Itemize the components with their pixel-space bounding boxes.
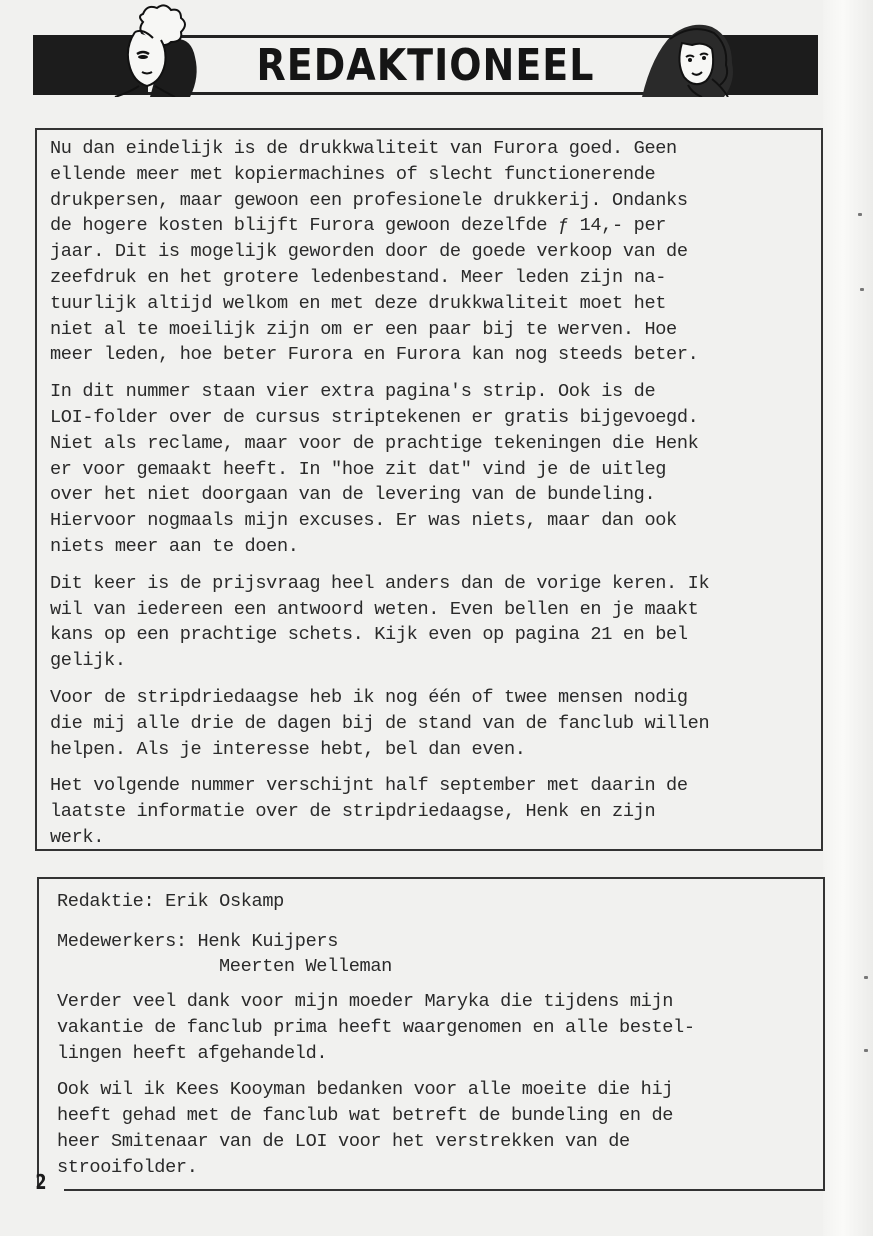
paragraph: Nu dan eindelijk is de drukkwaliteit van… <box>50 136 699 368</box>
woman-with-flower-illustration <box>95 2 210 97</box>
text-line: Ook wil ik Kees Kooyman bedanken voor al… <box>57 1077 673 1103</box>
text-line: Het volgende nummer verschijnt half sept… <box>50 773 688 799</box>
text-line: zeefdruk en het grotere ledenbestand. Me… <box>50 265 699 291</box>
editor-name: Erik Oskamp <box>165 891 284 912</box>
contributors-label: Medewerkers: <box>57 931 187 952</box>
text-line: werk. <box>50 825 688 851</box>
text-line: heeft gehad met de fanclub wat betreft d… <box>57 1103 673 1129</box>
paragraph: Dit keer is de prijsvraag heel anders da… <box>50 571 709 674</box>
bottom-rule <box>64 1189 825 1191</box>
text-line: Dit keer is de prijsvraag heel anders da… <box>50 571 709 597</box>
print-speck <box>860 288 864 291</box>
banner-bottom-rule <box>148 92 713 95</box>
contributor-name: Henk Kuijpers <box>198 931 339 952</box>
text-line: niets meer aan te doen. <box>50 534 699 560</box>
text-line: heer Smitenaar van de LOI voor het verst… <box>57 1129 673 1155</box>
text-line: die mij alle drie de dagen bij de stand … <box>50 711 709 737</box>
text-line: Nu dan eindelijk is de drukkwaliteit van… <box>50 136 699 162</box>
text-line: In dit nummer staan vier extra pagina's … <box>50 379 699 405</box>
text-line: Niet als reclame, maar voor de prachtige… <box>50 431 699 457</box>
text-line: drukpersen, maar gewoon een profesionele… <box>50 188 699 214</box>
text-line: er voor gemaakt heeft. In "hoe zit dat" … <box>50 457 699 483</box>
text-line: jaar. Dit is mogelijk geworden door de g… <box>50 239 699 265</box>
text-line: wil van iedereen een antwoord weten. Eve… <box>50 597 709 623</box>
paragraph: Voor de stripdriedaagse heb ik nog één o… <box>50 685 709 762</box>
paragraph: In dit nummer staan vier extra pagina's … <box>50 379 699 560</box>
text-line: strooifolder. <box>57 1155 673 1181</box>
editor-line: Redaktie: Erik Oskamp <box>57 889 284 915</box>
text-line: kans op een prachtige schets. Kijk even … <box>50 622 709 648</box>
print-speck <box>858 213 862 216</box>
text-line: lingen heeft afgehandeld. <box>57 1041 695 1067</box>
text-line: meer leden, hoe beter Furora en Furora k… <box>50 342 699 368</box>
editorial-box: Nu dan eindelijk is de drukkwaliteit van… <box>35 128 823 851</box>
paragraph: Ook wil ik Kees Kooyman bedanken voor al… <box>57 1077 673 1180</box>
text-line: Hiervoor nogmaals mijn excuses. Er was n… <box>50 508 699 534</box>
text-line: de hogere kosten blijft Furora gewoon de… <box>50 213 699 239</box>
banner-top-rule <box>148 35 713 38</box>
contributors-line: Medewerkers: Henk Kuijpers <box>57 929 338 955</box>
print-speck <box>864 1049 868 1052</box>
text-line: LOI-folder over de cursus striptekenen e… <box>50 405 699 431</box>
curly-haired-woman-illustration <box>632 15 747 97</box>
text-line: over het niet doorgaan van de levering v… <box>50 482 699 508</box>
text-line: Verder veel dank voor mijn moeder Maryka… <box>57 989 695 1015</box>
contributor-name: Meerten Welleman <box>219 954 392 980</box>
editor-label: Redaktie: <box>57 891 154 912</box>
text-line: vakantie de fanclub prima heeft waargeno… <box>57 1015 695 1041</box>
text-line: Voor de stripdriedaagse heb ik nog één o… <box>50 685 709 711</box>
text-line: gelijk. <box>50 648 709 674</box>
paragraph: Verder veel dank voor mijn moeder Maryka… <box>57 989 695 1066</box>
paragraph: Het volgende nummer verschijnt half sept… <box>50 773 688 850</box>
text-line: ellende meer met kopiermachines of slech… <box>50 162 699 188</box>
text-line: laatste informatie over de stripdriedaag… <box>50 799 688 825</box>
print-speck <box>864 976 868 979</box>
page-number: 2 <box>35 1170 46 1194</box>
text-line: niet al te moeilijk zijn om er een paar … <box>50 317 699 343</box>
text-line: helpen. Als je interesse hebt, bel dan e… <box>50 737 709 763</box>
text-line: tuurlijk altijd welkom en met deze drukk… <box>50 291 699 317</box>
credits-box: Redaktie: Erik Oskamp Medewerkers: Henk … <box>37 877 825 1189</box>
